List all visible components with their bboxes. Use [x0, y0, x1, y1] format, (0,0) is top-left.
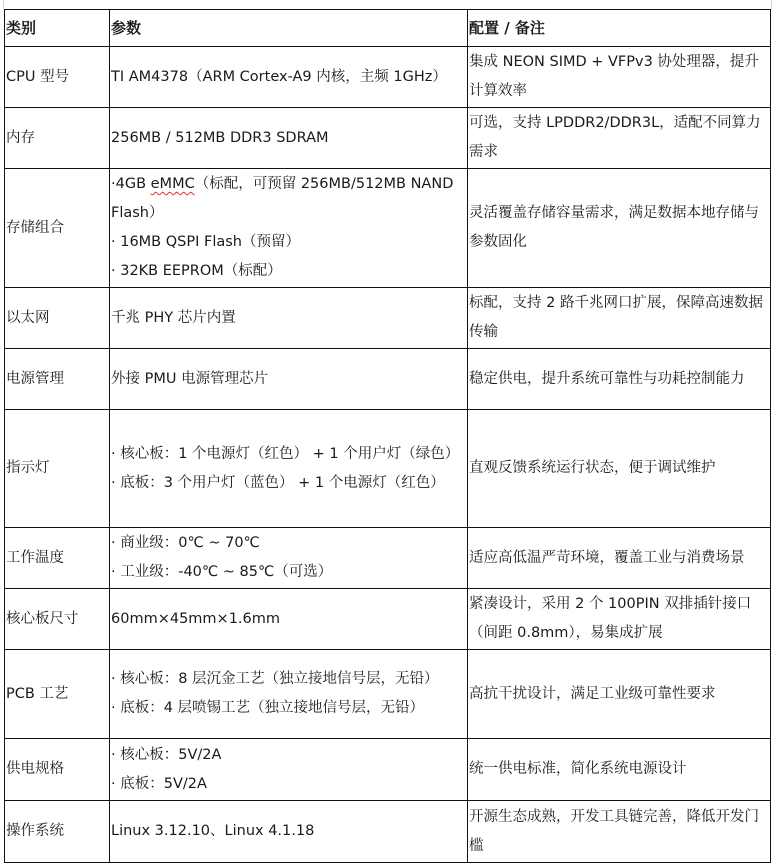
row-notes: 直观反馈系统运行状态，便于调试维护 — [468, 410, 771, 528]
param-line: · 商业级：0℃ ~ 70℃ — [111, 529, 465, 558]
param-line: · 核心板：5V/2A — [111, 741, 465, 770]
row-params: 60mm×45mm×1.6mm — [110, 589, 468, 650]
param-line: · 底板：4 层喷锡工艺（独立接地信号层，无铅） — [111, 694, 465, 723]
row-notes: 可选，支持 LPDDR2/DDR3L，适配不同算力需求 — [468, 108, 771, 169]
row-params: 外接 PMU 电源管理芯片 — [110, 349, 468, 410]
table-row-operating-system: 操作系统 Linux 3.12.10、Linux 4.1.18 开源生态成熟，开… — [5, 801, 771, 863]
param-text: ·4GB — [111, 176, 151, 192]
row-params: 千兆 PHY 芯片内置 — [110, 288, 468, 349]
row-category: 存储组合 — [5, 169, 110, 288]
row-category: 操作系统 — [5, 801, 110, 863]
spellcheck-word: eMMC — [151, 176, 195, 192]
spec-table: 类别 参数 配置 / 备注 CPU 型号 TI AM4378（ARM Corte… — [4, 9, 771, 863]
row-notes: 集成 NEON SIMD + VFPv3 协处理器，提升计算效率 — [468, 47, 771, 108]
param-line: · 底板：3 个用户灯（蓝色） + 1 个电源灯（红色） — [111, 469, 465, 498]
row-notes: 灵活覆盖存储容量需求，满足数据本地存储与参数固化 — [468, 169, 771, 288]
row-category: 以太网 — [5, 288, 110, 349]
header-row: 类别 参数 配置 / 备注 — [5, 10, 771, 47]
table-row-power-spec: 供电规格 · 核心板：5V/2A · 底板：5V/2A 统一供电标准，简化系统电… — [5, 739, 771, 801]
header-category: 类别 — [5, 10, 110, 47]
param-line: · 核心板：8 层沉金工艺（独立接地信号层，无铅） — [111, 665, 465, 694]
row-notes: 高抗干扰设计，满足工业级可靠性要求 — [468, 650, 771, 739]
table-row-memory: 内存 256MB / 512MB DDR3 SDRAM 可选，支持 LPDDR2… — [5, 108, 771, 169]
header-params: 参数 — [110, 10, 468, 47]
table-row-pcb-process: PCB 工艺 · 核心板：8 层沉金工艺（独立接地信号层，无铅） · 底板：4 … — [5, 650, 771, 739]
row-category: 指示灯 — [5, 410, 110, 528]
row-notes: 适应高低温严苛环境，覆盖工业与消费场景 — [468, 528, 771, 589]
row-notes: 开源生态成熟，开发工具链完善，降低开发门槛 — [468, 801, 771, 863]
row-params: · 商业级：0℃ ~ 70℃ · 工业级：-40℃ ~ 85℃（可选） — [110, 528, 468, 589]
row-params: · 核心板：8 层沉金工艺（独立接地信号层，无铅） · 底板：4 层喷锡工艺（独… — [110, 650, 468, 739]
row-params: TI AM4378（ARM Cortex-A9 内核，主频 1GHz） — [110, 47, 468, 108]
header-notes: 配置 / 备注 — [468, 10, 771, 47]
table-row-board-size: 核心板尺寸 60mm×45mm×1.6mm 紧凑设计，采用 2 个 100PIN… — [5, 589, 771, 650]
table-row-power-management: 电源管理 外接 PMU 电源管理芯片 稳定供电，提升系统可靠性与功耗控制能力 — [5, 349, 771, 410]
row-params: 256MB / 512MB DDR3 SDRAM — [110, 108, 468, 169]
row-category: 核心板尺寸 — [5, 589, 110, 650]
row-category: PCB 工艺 — [5, 650, 110, 739]
table-row-ethernet: 以太网 千兆 PHY 芯片内置 标配，支持 2 路千兆网口扩展，保障高速数据传输 — [5, 288, 771, 349]
row-notes: 统一供电标准，简化系统电源设计 — [468, 739, 771, 801]
row-notes: 稳定供电，提升系统可靠性与功耗控制能力 — [468, 349, 771, 410]
param-line: · 底板：5V/2A — [111, 770, 465, 799]
row-notes: 标配，支持 2 路千兆网口扩展，保障高速数据传输 — [468, 288, 771, 349]
row-notes: 紧凑设计，采用 2 个 100PIN 双排插针接口（间距 0.8mm），易集成扩… — [468, 589, 771, 650]
row-params: · 核心板：1 个电源灯（红色） + 1 个用户灯（绿色） · 底板：3 个用户… — [110, 410, 468, 528]
row-category: 电源管理 — [5, 349, 110, 410]
row-category: 工作温度 — [5, 528, 110, 589]
row-params: · 核心板：5V/2A · 底板：5V/2A — [110, 739, 468, 801]
row-category: CPU 型号 — [5, 47, 110, 108]
table-row-cpu: CPU 型号 TI AM4378（ARM Cortex-A9 内核，主频 1GH… — [5, 47, 771, 108]
param-line: · 16MB QSPI Flash（预留） — [111, 228, 465, 257]
row-params: ·4GB eMMC（标配，可预留 256MB/512MB NAND Flash）… — [110, 169, 468, 288]
param-line: · 工业级：-40℃ ~ 85℃（可选） — [111, 558, 465, 587]
page-corner-mark-left — [3, 0, 4, 9]
table-row-operating-temperature: 工作温度 · 商业级：0℃ ~ 70℃ · 工业级：-40℃ ~ 85℃（可选）… — [5, 528, 771, 589]
param-line: ·4GB eMMC（标配，可预留 256MB/512MB NAND Flash） — [111, 170, 465, 228]
param-line: · 32KB EEPROM（标配） — [111, 257, 465, 286]
row-category: 供电规格 — [5, 739, 110, 801]
row-params: Linux 3.12.10、Linux 4.1.18 — [110, 801, 468, 863]
table-row-storage: 存储组合 ·4GB eMMC（标配，可预留 256MB/512MB NAND F… — [5, 169, 771, 288]
page-corner-mark-right — [771, 0, 772, 9]
row-category: 内存 — [5, 108, 110, 169]
table-row-indicator-leds: 指示灯 · 核心板：1 个电源灯（红色） + 1 个用户灯（绿色） · 底板：3… — [5, 410, 771, 528]
param-line: · 核心板：1 个电源灯（红色） + 1 个用户灯（绿色） — [111, 440, 465, 469]
